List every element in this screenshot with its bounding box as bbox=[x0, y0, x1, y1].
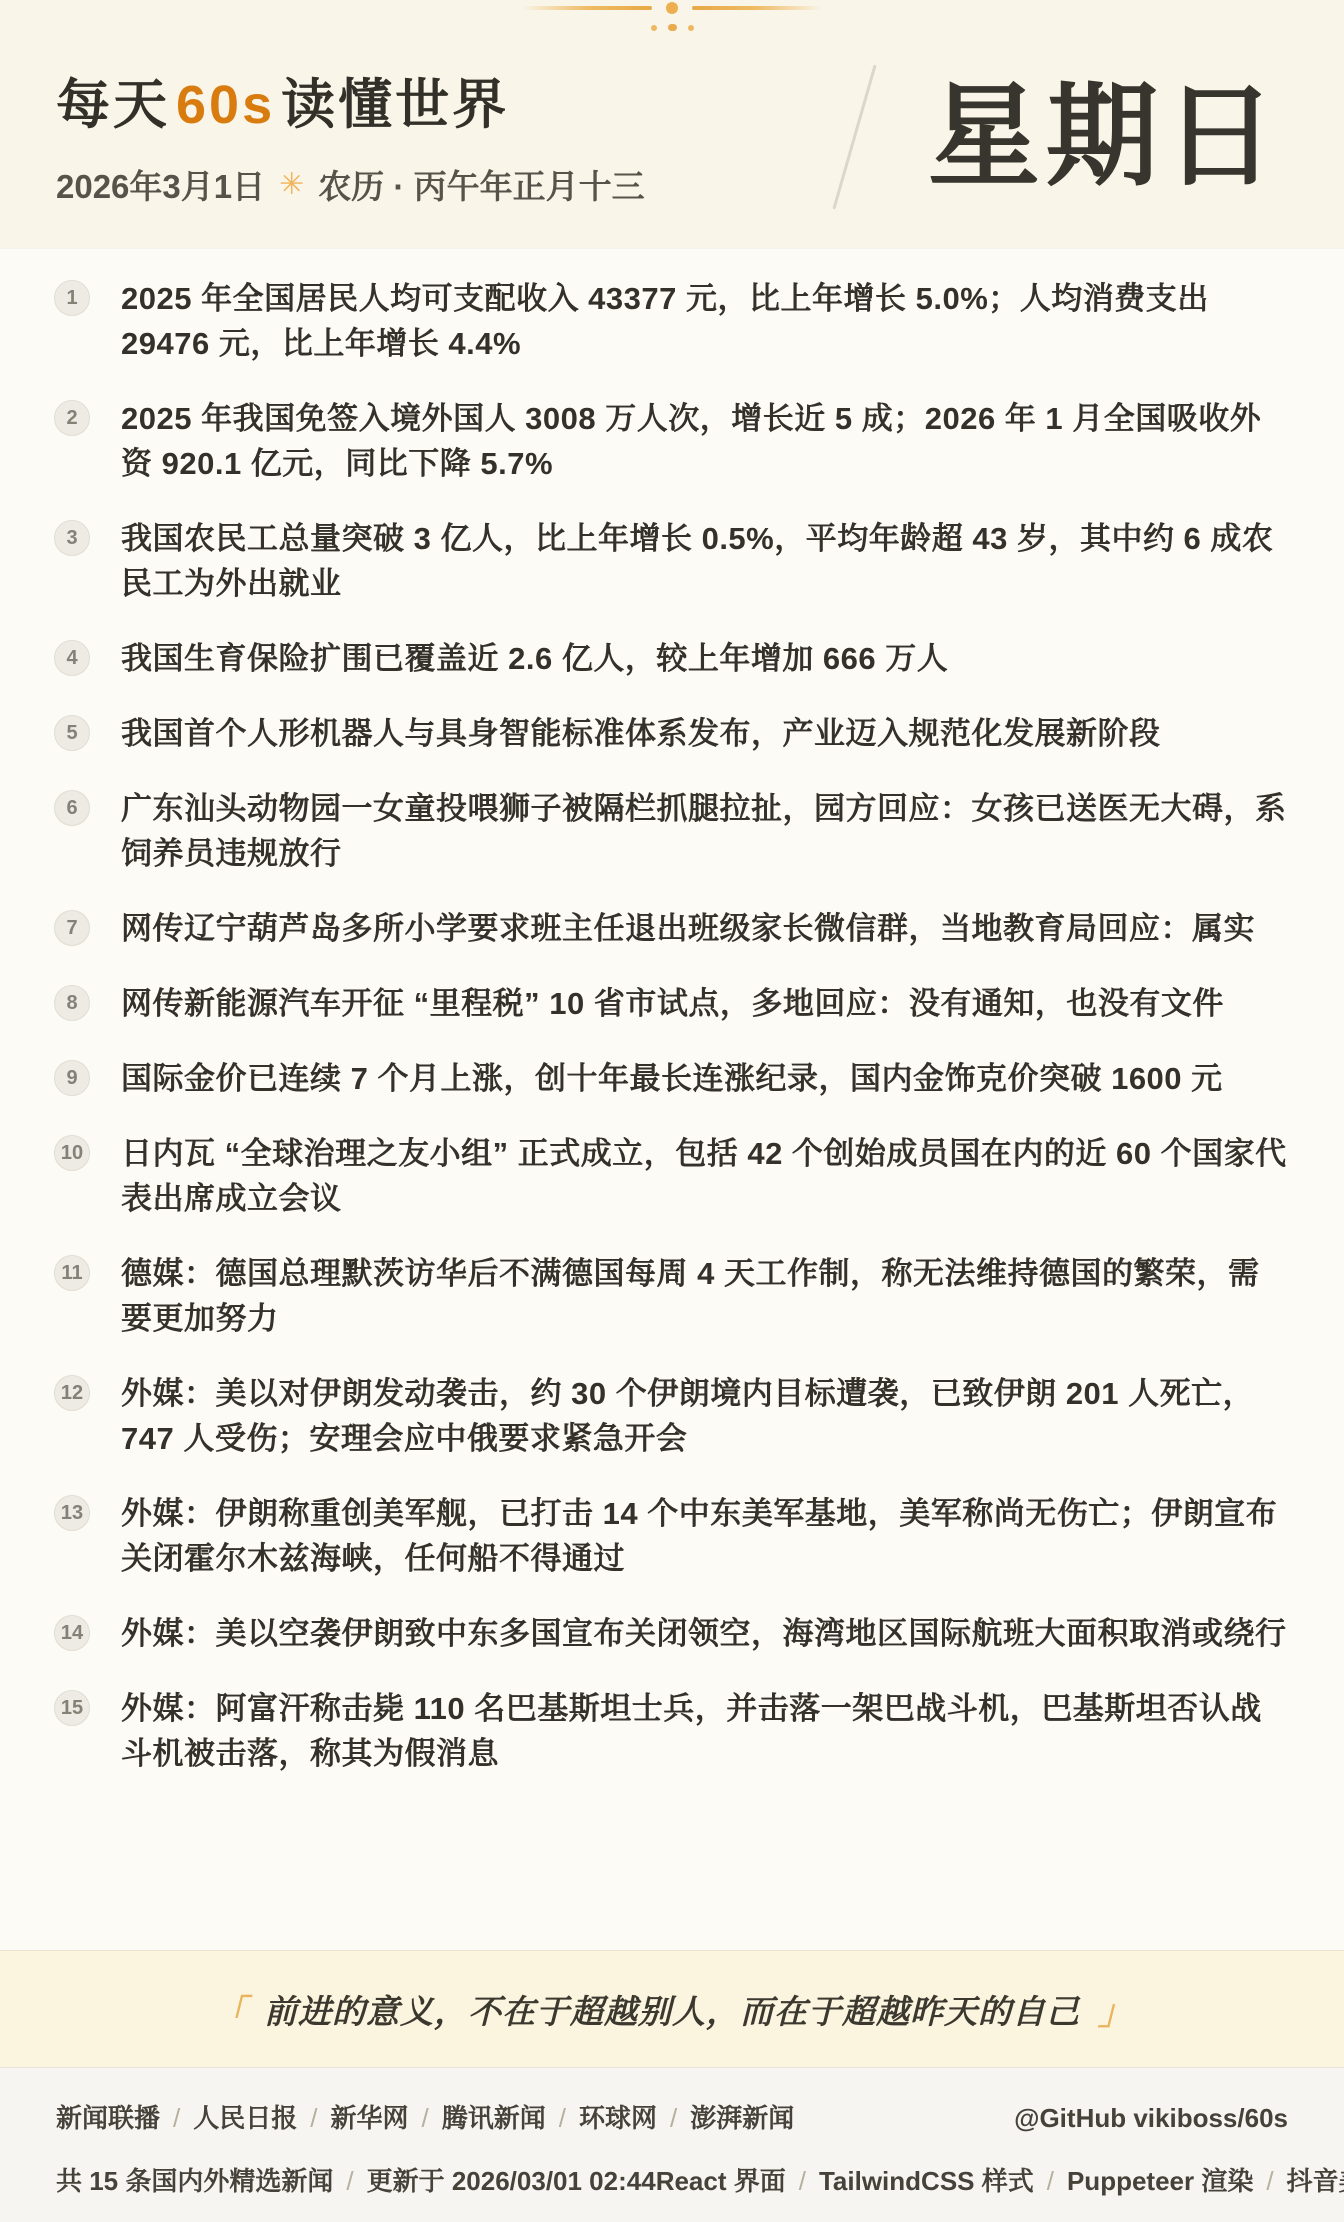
separator: / bbox=[1034, 2166, 1067, 2197]
news-index-badge: 2 bbox=[54, 400, 90, 436]
page-footer: 新闻联播/人民日报/新华网/腾讯新闻/环球网/澎湃新闻 @GitHub viki… bbox=[0, 2067, 1344, 2222]
stack-part: Puppeteer 渲染 bbox=[1067, 2161, 1253, 2198]
news-index-badge: 6 bbox=[54, 790, 90, 826]
news-index-badge: 11 bbox=[54, 1255, 90, 1291]
news-text: 我国生育保险扩围已覆盖近 2.6 亿人，较上年增加 666 万人 bbox=[121, 636, 948, 681]
stack-part: TailwindCSS 样式 bbox=[819, 2161, 1034, 2198]
news-index-badge: 9 bbox=[54, 1060, 90, 1096]
news-index-badge: 8 bbox=[54, 985, 90, 1021]
daily-news-card: 每天60s读懂世界 2026年3月1日 ✳ 农历 · 丙午年正月十三 星期日 1… bbox=[0, 0, 1344, 2222]
news-item: 4我国生育保险扩围已覆盖近 2.6 亿人，较上年增加 666 万人 bbox=[54, 636, 1290, 681]
news-index-badge: 10 bbox=[54, 1135, 90, 1171]
news-index-badge: 3 bbox=[54, 520, 90, 556]
news-item: 7网传辽宁葫芦岛多所小学要求班主任退出班级家长微信群，当地教育局回应：属实 bbox=[54, 906, 1290, 951]
lunar-date: 农历 · 丙午年正月十三 bbox=[318, 161, 644, 208]
ornament-mini-dots bbox=[651, 24, 694, 31]
news-index-badge: 5 bbox=[54, 715, 90, 751]
separator: / bbox=[1253, 2166, 1286, 2197]
news-list: 12025 年全国居民人均可支配收入 43377 元，比上年增长 5.0%；人均… bbox=[0, 248, 1344, 1950]
news-item: 10日内瓦 “全球治理之友小组” 正式成立，包括 42 个创始成员国在内的近 6… bbox=[54, 1131, 1290, 1221]
header: 每天60s读懂世界 2026年3月1日 ✳ 农历 · 丙午年正月十三 星期日 bbox=[0, 0, 1344, 248]
news-text: 外媒：美以空袭伊朗致中东多国宣布关闭领空，海湾地区国际航班大面积取消或绕行 bbox=[121, 1611, 1287, 1656]
date-row: 2026年3月1日 ✳ 农历 · 丙午年正月十三 bbox=[56, 161, 645, 208]
summary-part: 更新于 2026/03/01 02:44 bbox=[367, 2161, 656, 2198]
quote-close-bracket: 」 bbox=[1098, 1985, 1132, 2034]
news-item: 12025 年全国居民人均可支配收入 43377 元，比上年增长 5.0%；人均… bbox=[54, 276, 1290, 366]
page-title: 每天60s读懂世界 bbox=[56, 62, 645, 139]
news-index-badge: 14 bbox=[54, 1615, 90, 1651]
stack-part: 抖音美好体 bbox=[1287, 2161, 1344, 2198]
ornament-dot-icon bbox=[666, 2, 678, 14]
quote-band: 「 前进的意义，不在于超越别人，而在于超越昨天的自己 」 bbox=[0, 1950, 1344, 2067]
separator: / bbox=[657, 2103, 690, 2134]
news-text: 广东汕头动物园一女童投喂狮子被隔栏抓腿拉扯，园方回应：女孩已送医无大碍，系饲养员… bbox=[121, 786, 1290, 876]
title-prefix: 每天 bbox=[56, 75, 170, 135]
stack-part: React 界面 bbox=[656, 2161, 786, 2198]
weekday-label: 星期日 bbox=[928, 81, 1282, 193]
news-index-badge: 7 bbox=[54, 910, 90, 946]
separator: / bbox=[160, 2103, 193, 2134]
news-source: 新华网 bbox=[331, 2098, 409, 2135]
quote-open-bracket: 「 bbox=[212, 1985, 246, 2034]
tech-stack: React 界面/TailwindCSS 样式/Puppeteer 渲染/抖音美… bbox=[656, 2161, 1344, 2198]
ornament-line-right bbox=[692, 6, 822, 10]
news-item: 15外媒：阿富汗称击毙 110 名巴基斯坦士兵，并击落一架巴战斗机，巴基斯坦否认… bbox=[54, 1686, 1290, 1776]
title-highlight: 60s bbox=[170, 75, 281, 135]
separator: / bbox=[297, 2103, 330, 2134]
news-text: 外媒：美以对伊朗发动袭击，约 30 个伊朗境内目标遭袭，已致伊朗 201 人死亡… bbox=[121, 1371, 1290, 1461]
mini-dot-icon bbox=[668, 24, 677, 31]
ornament-line-left bbox=[522, 6, 652, 10]
header-weekday-block: 星期日 bbox=[853, 62, 1288, 248]
top-ornament bbox=[522, 2, 822, 31]
asterisk-icon: ✳ bbox=[279, 167, 304, 202]
news-text: 我国农民工总量突破 3 亿人，比上年增长 0.5%，平均年龄超 43 岁，其中约… bbox=[121, 516, 1290, 606]
news-source: 环球网 bbox=[579, 2098, 657, 2135]
news-item: 22025 年我国免签入境外国人 3008 万人次，增长近 5 成；2026 年… bbox=[54, 396, 1290, 486]
news-source: 澎湃新闻 bbox=[690, 2098, 794, 2135]
summary-part: 共 15 条国内外精选新闻 bbox=[56, 2161, 333, 2198]
news-item: 8网传新能源汽车开征 “里程税” 10 省市试点，多地回应：没有通知，也没有文件 bbox=[54, 981, 1290, 1026]
news-item: 14外媒：美以空袭伊朗致中东多国宣布关闭领空，海湾地区国际航班大面积取消或绕行 bbox=[54, 1611, 1290, 1656]
news-index-badge: 4 bbox=[54, 640, 90, 676]
news-text: 2025 年我国免签入境外国人 3008 万人次，增长近 5 成；2026 年 … bbox=[121, 396, 1290, 486]
header-title-block: 每天60s读懂世界 2026年3月1日 ✳ 农历 · 丙午年正月十三 bbox=[56, 62, 645, 248]
separator: / bbox=[546, 2103, 579, 2134]
separator: / bbox=[786, 2166, 819, 2197]
news-text: 网传新能源汽车开征 “里程税” 10 省市试点，多地回应：没有通知，也没有文件 bbox=[121, 981, 1224, 1026]
news-item: 12外媒：美以对伊朗发动袭击，约 30 个伊朗境内目标遭袭，已致伊朗 201 人… bbox=[54, 1371, 1290, 1461]
news-index-badge: 12 bbox=[54, 1375, 90, 1411]
github-credit: @GitHub vikiboss/60s bbox=[1014, 2103, 1288, 2134]
news-source: 人民日报 bbox=[193, 2098, 297, 2135]
separator: / bbox=[409, 2103, 442, 2134]
news-index-badge: 15 bbox=[54, 1690, 90, 1726]
news-item: 11德媒：德国总理默茨访华后不满德国每周 4 天工作制，称无法维持德国的繁荣，需… bbox=[54, 1251, 1290, 1341]
news-text: 德媒：德国总理默茨访华后不满德国每周 4 天工作制，称无法维持德国的繁荣，需要更… bbox=[121, 1251, 1290, 1341]
title-suffix: 读懂世界 bbox=[281, 75, 509, 135]
header-divider bbox=[832, 64, 876, 209]
mini-dot-icon bbox=[651, 25, 657, 31]
news-item: 6广东汕头动物园一女童投喂狮子被隔栏抓腿拉扯，园方回应：女孩已送医无大碍，系饲养… bbox=[54, 786, 1290, 876]
gregorian-date: 2026年3月1日 bbox=[56, 161, 265, 208]
ornament-lines bbox=[522, 2, 822, 14]
news-source: 腾讯新闻 bbox=[442, 2098, 546, 2135]
news-index-badge: 1 bbox=[54, 280, 90, 316]
update-summary: 共 15 条国内外精选新闻/更新于 2026/03/01 02:44 bbox=[56, 2161, 656, 2198]
news-sources: 新闻联播/人民日报/新华网/腾讯新闻/环球网/澎湃新闻 bbox=[56, 2098, 794, 2135]
news-text: 我国首个人形机器人与具身智能标准体系发布，产业迈入规范化发展新阶段 bbox=[121, 711, 1161, 756]
news-index-badge: 13 bbox=[54, 1495, 90, 1531]
footer-row-meta: 共 15 条国内外精选新闻/更新于 2026/03/01 02:44 React… bbox=[56, 2161, 1288, 2198]
news-text: 外媒：阿富汗称击毙 110 名巴基斯坦士兵，并击落一架巴战斗机，巴基斯坦否认战斗… bbox=[121, 1686, 1290, 1776]
news-source: 新闻联播 bbox=[56, 2098, 160, 2135]
news-text: 2025 年全国居民人均可支配收入 43377 元，比上年增长 5.0%；人均消… bbox=[121, 276, 1290, 366]
footer-row-sources: 新闻联播/人民日报/新华网/腾讯新闻/环球网/澎湃新闻 @GitHub viki… bbox=[56, 2098, 1288, 2135]
news-item: 5我国首个人形机器人与具身智能标准体系发布，产业迈入规范化发展新阶段 bbox=[54, 711, 1290, 756]
news-item: 13外媒：伊朗称重创美军舰，已打击 14 个中东美军基地，美军称尚无伤亡；伊朗宣… bbox=[54, 1491, 1290, 1581]
quote-text: 前进的意义，不在于超越别人，而在于超越昨天的自己 bbox=[264, 1986, 1080, 2033]
separator: / bbox=[333, 2166, 366, 2197]
news-text: 国际金价已连续 7 个月上涨，创十年最长连涨纪录，国内金饰克价突破 1600 元 bbox=[121, 1056, 1223, 1101]
news-item: 9国际金价已连续 7 个月上涨，创十年最长连涨纪录，国内金饰克价突破 1600 … bbox=[54, 1056, 1290, 1101]
news-item: 3我国农民工总量突破 3 亿人，比上年增长 0.5%，平均年龄超 43 岁，其中… bbox=[54, 516, 1290, 606]
mini-dot-icon bbox=[688, 25, 694, 31]
news-text: 日内瓦 “全球治理之友小组” 正式成立，包括 42 个创始成员国在内的近 60 … bbox=[121, 1131, 1290, 1221]
news-text: 外媒：伊朗称重创美军舰，已打击 14 个中东美军基地，美军称尚无伤亡；伊朗宣布关… bbox=[121, 1491, 1290, 1581]
news-text: 网传辽宁葫芦岛多所小学要求班主任退出班级家长微信群，当地教育局回应：属实 bbox=[121, 906, 1255, 951]
